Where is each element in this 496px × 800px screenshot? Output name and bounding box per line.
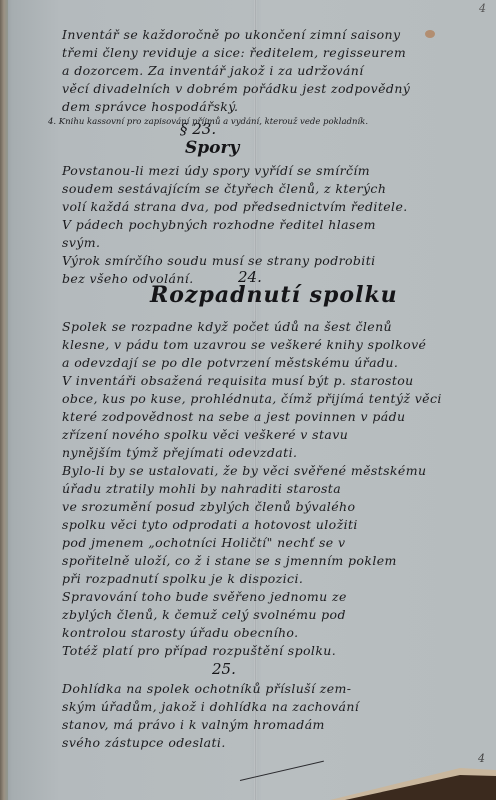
text-line: Spolek se rozpadne když počet údů na šes… (62, 318, 472, 336)
text-line: třemi členy reviduje a sice: ředitelem, … (62, 44, 472, 62)
section-25-number: 25. (212, 660, 236, 678)
text-line: ve srozumění posud zbylých členů bývaléh… (62, 498, 472, 516)
text-line: V inventáři obsažená requisita musí být … (62, 372, 472, 390)
text-line: pod jmenem „ochotníci Holičtí" nechť se … (62, 534, 472, 552)
page-number-bottom: 4 (478, 752, 485, 765)
text-line: Dohlídka na spolek ochotníků přísluší ze… (62, 680, 472, 698)
text-line: volí každá strana dva, pod předsednictví… (62, 198, 472, 216)
section-23-title: Spory (185, 138, 239, 158)
text-line: soudem sestávajícím se čtyřech členů, z … (62, 180, 472, 198)
text-line: věcí divadelních v dobrém pořádku jest z… (62, 80, 472, 98)
page-number-top: 4 (479, 2, 486, 15)
page-binding-edge (0, 0, 8, 800)
text-line: které zodpovědnost na sebe a jest povinn… (62, 408, 472, 426)
pen-stroke (240, 761, 324, 781)
section-23-number: § 23. (180, 120, 216, 138)
text-line: svého zástupce odeslati. (62, 734, 472, 752)
text-line: Inventář se každoročně po ukončení zimní… (62, 26, 472, 44)
text-line: zbylých členů, k čemuž celý svolnému pod (62, 606, 472, 624)
text-line: spolku věci tyto odprodati a hotovost ul… (62, 516, 472, 534)
text-line: dem správce hospodářský. (62, 98, 472, 116)
text-line: stanov, má právo i k valným hromadám (62, 716, 472, 734)
text-line: spořitelně uloží, co ž i stane se s jmen… (62, 552, 472, 570)
text-line: Totéž platí pro případ rozpuštění spolku… (62, 642, 472, 660)
text-line: zřízení nového spolku věci veškeré v sta… (62, 426, 472, 444)
text-line: a dozorcem. Za inventář jakož i za udržo… (62, 62, 472, 80)
text-line: nynějším týmž přejímati odevzdati. (62, 444, 472, 462)
text-line: a odevzdají se po dle potvrzení městském… (62, 354, 472, 372)
document-page: 4 Inventář se každoročně po ukončení zim… (0, 0, 496, 800)
text-line: klesne, v pádu tom uzavrou se veškeré kn… (62, 336, 472, 354)
section-24-title: Rozpadnutí spolku (150, 282, 398, 308)
section-23-body: Povstanou-li mezi údy spory vyřídí se sm… (62, 162, 472, 288)
text-line: Bylo-li by se ustalovati, že by věci svě… (62, 462, 472, 480)
text-line: svým. (62, 234, 472, 252)
text-line: Povstanou-li mezi údy spory vyřídí se sm… (62, 162, 472, 180)
section-24-body: Spolek se rozpadne když počet údů na šes… (62, 318, 472, 660)
text-line: kontrolou starosty úřadu obecního. (62, 624, 472, 642)
marginal-note: 4. Knihu kassovní pro zapisování příjmů … (48, 116, 472, 128)
text-line: při rozpadnutí spolku je k dispozici. (62, 570, 472, 588)
text-line: Spravování toho bude svěřeno jednomu ze (62, 588, 472, 606)
text-line: V pádech pochybných rozhodne ředitel hla… (62, 216, 472, 234)
text-line: ským úřadům, jakož i dohlídka na zachová… (62, 698, 472, 716)
section-25-body: Dohlídka na spolek ochotníků přísluší ze… (62, 680, 472, 752)
inventory-paragraph: Inventář se každoročně po ukončení zimní… (62, 26, 472, 128)
text-line: úřadu ztratily mohli by nahraditi staros… (62, 480, 472, 498)
text-line: obce, kus po kuse, prohlédnuta, čímž při… (62, 390, 472, 408)
text-line: Výrok smírčího soudu musí se strany podr… (62, 252, 472, 270)
